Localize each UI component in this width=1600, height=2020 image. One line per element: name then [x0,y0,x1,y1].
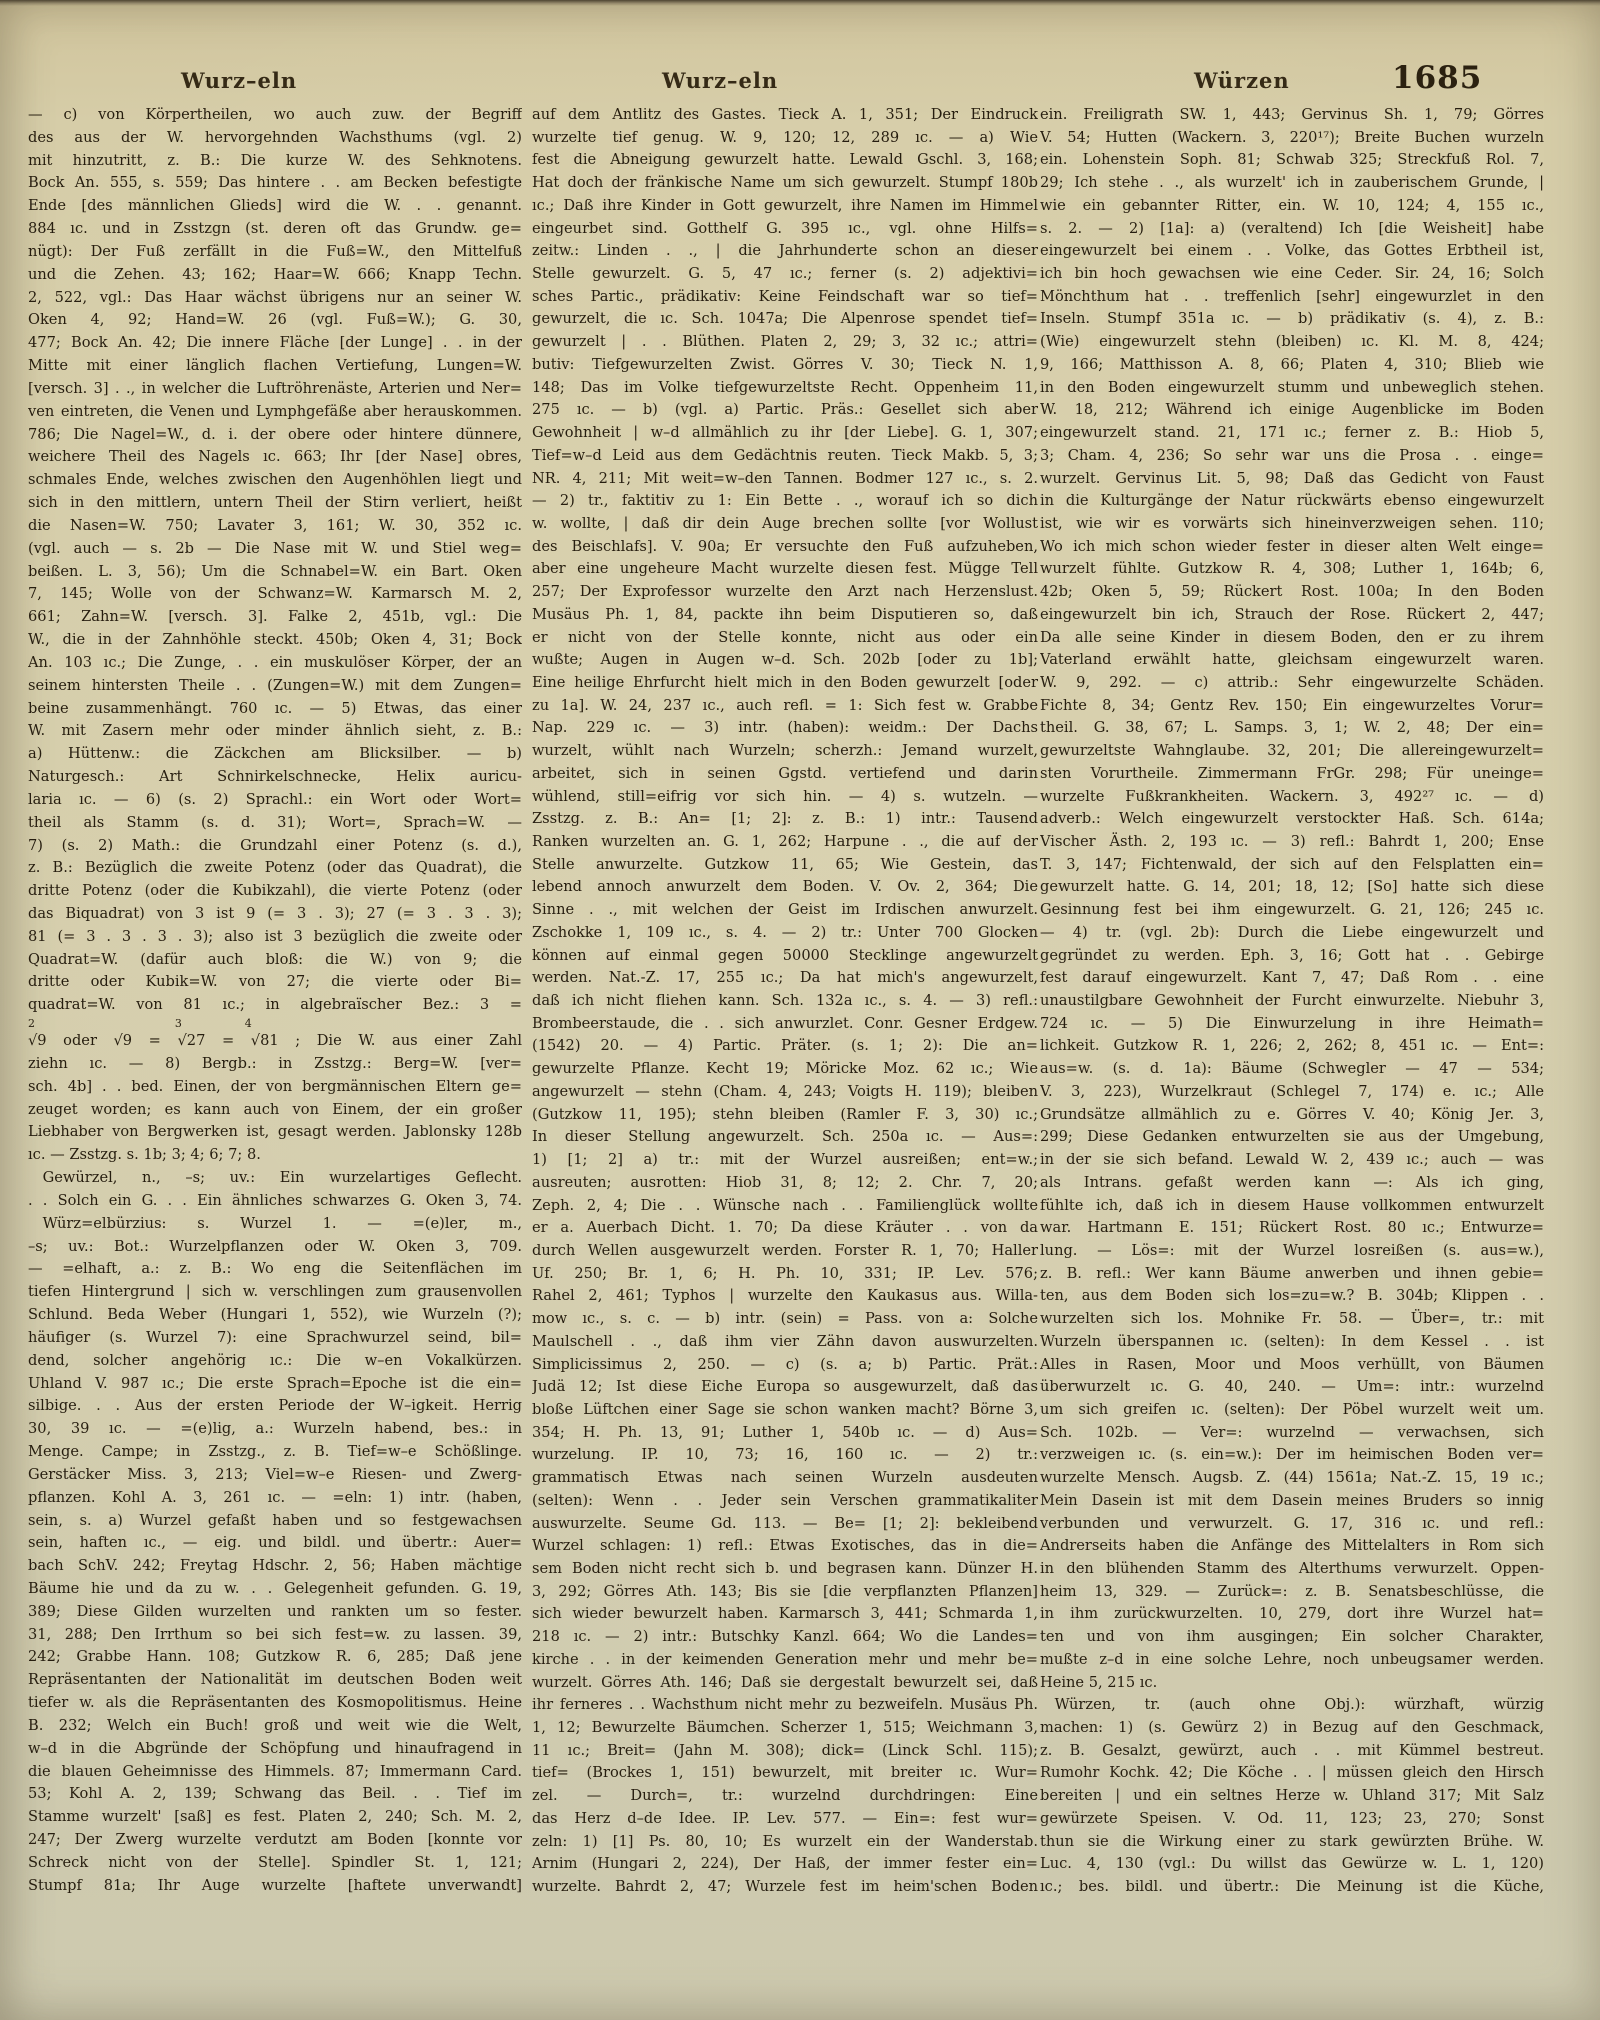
text-line: a) Hüttenw.: die Zäckchen am Blicksilber… [28,743,522,766]
text-line: schmales Ende, welches zwischen den Auge… [28,469,522,492]
running-head-right: Würzen [1194,68,1290,100]
text-line: Brombeerstaude, die . . sich anwurzlet. … [532,1013,1038,1036]
text-line: Ende [des männlichen Glieds] wird die W.… [28,195,522,218]
text-line: ich bin hoch gewachsen wie eine Ceder. S… [1040,263,1544,286]
text-line: gewürzete Speisen. V. Od. 11, 123; 23, 2… [1040,1808,1544,1831]
text-line: Gerstäcker Miss. 3, 213; Viel=w–e Riesen… [28,1464,522,1487]
text-line: das Biquadrat) von 3 ist 9 (= 3 . 3); 27… [28,903,522,926]
running-head-center: Wurz–eln [662,68,778,100]
text-column-middle: auf dem Antlitz des Gastes. Tieck A. 1, … [532,104,1038,1899]
text-line: mußte z–d in eine solche Lehre, noch unb… [1040,1649,1544,1672]
text-line: Repräsentanten der Nationalität im deuts… [28,1669,522,1692]
text-line: in ihm zurückwurzelten. 10, 279, dort ih… [1040,1603,1544,1626]
dictionary-scan-page: Wurz–eln Wurz–eln Würzen 1685 — c) von K… [0,0,1600,2020]
text-line: bach SchV. 242; Freytag Hdschr. 2, 56; H… [28,1555,522,1578]
text-line: 389; Diese Gilden wurzelten und rankten … [28,1601,522,1624]
text-line: Heine 5, 215 ıc. [1040,1672,1544,1695]
text-line: in den Boden eingewurzelt stumm und unbe… [1040,377,1544,400]
text-line: häufiger (s. Wurzel 7): eine Sprachwurze… [28,1327,522,1350]
text-line: gegründet zu werden. Eph. 3, 16; Gott ha… [1040,945,1544,968]
text-line: dritte oder Kubik=W. von 27; die vierte … [28,971,522,994]
text-line: 148; Das im Volke tiefgewurzeltste Recht… [532,377,1038,400]
text-line: 786; Die Nagel=W., d. i. der obere oder … [28,424,522,447]
text-line: In dieser Stellung angewurzelt. Sch. 250… [532,1126,1038,1149]
text-line: pflanzen. Kohl A. 3, 261 ıc. — =eln: 1) … [28,1487,522,1510]
text-line: Gewürzel, n., –s; uv.: Ein wurzelartiges… [28,1167,522,1190]
scan-edge-top [0,0,1600,6]
text-line: T. 3, 147; Fichtenwald, der sich auf den… [1040,854,1544,877]
text-line: eingewurzelt bei einem . . Volke, das Go… [1040,240,1544,263]
text-line: Naturgesch.: Art Schnirkelschnecke, Heli… [28,766,522,789]
text-line: ven eintreten, die Venen und Lymphgefäße… [28,401,522,424]
text-line: thun sie die Wirkung einer zu stark gewü… [1040,1831,1544,1854]
text-line: sten Vorurtheile. Zimmermann FrGr. 298; … [1040,763,1544,786]
text-line: zeuget worden; es kann auch von Einem, d… [28,1099,522,1122]
text-line: auswurzelte. Seume Gd. 113. — Be= [1; 2]… [532,1513,1038,1536]
text-line: 53; Kohl A. 2, 139; Schwang das Beil. . … [28,1783,522,1806]
text-line: sein, haften ıc., — eig. und bildl. und … [28,1532,522,1555]
text-line: Mitte mit einer länglich flachen Vertief… [28,355,522,378]
text-line: Nap. 229 ıc. — 3) intr. (haben): weidm.:… [532,717,1038,740]
text-column-right: ein. Freiligrath SW. 1, 443; Gervinus Sh… [1040,104,1544,1899]
text-line: gewurzelt, die ıc. Sch. 1047a; Die Alpen… [532,308,1038,331]
text-line: wurzelt. Gervinus Lit. 5, 98; Daß das Ge… [1040,468,1544,491]
text-line: Zeph. 2, 4; Die . . Wünsche nach . . Fam… [532,1195,1038,1218]
text-line: fest die Abneigung gewurzelt hatte. Lewa… [532,149,1038,172]
text-line: unaustilgbare Gewohnheit der Furcht einw… [1040,990,1544,1013]
text-line: wurzelte Mensch. Augsb. Z. (44) 1561a; N… [1040,1467,1544,1490]
text-line: 218 ıc. — 2) intr.: Butschky Kanzl. 664;… [532,1626,1038,1649]
text-column-left: — c) von Körpertheilen, wo auch zuw. der… [28,104,522,1898]
text-line: ein. Freiligrath SW. 1, 443; Gervinus Sh… [1040,104,1544,127]
text-line: wurzelt fühlte. Gutzkow R. 4, 308; Luthe… [1040,558,1544,581]
text-line: 257; Der Exprofessor wurzelte den Arzt n… [532,581,1038,604]
text-line: –s; uv.: Bot.: Wurzelpflanzen oder W. Ok… [28,1236,522,1259]
text-line: V. 54; Hutten (Wackern. 3, 220¹⁷); Breit… [1040,127,1544,150]
text-line: ist, wie wir es vorwärts sich hineinverz… [1040,513,1544,536]
text-line: wurzelte tief genug. W. 9, 120; 12, 289 … [532,127,1038,150]
text-line: (1542) 20. — 4) Partic. Präter. (s. 1; 2… [532,1035,1038,1058]
text-line: 247; Der Zwerg wurzelte verdutzt am Bode… [28,1829,522,1852]
text-line: NR. 4, 211; Mit weit=w–den Tannen. Bodme… [532,468,1038,491]
text-line: Schreck nicht von der Stelle]. Spindler … [28,1852,522,1875]
text-line: quadrat=W. von 81 ıc.; in algebraïscher … [28,994,522,1017]
text-line: Quadrat=W. (dafür auch bloß: die W.) von… [28,949,522,972]
text-line: auf dem Antlitz des Gastes. Tieck A. 1, … [532,104,1038,127]
text-line: gewurzelte Pflanze. Kecht 19; Möricke Mo… [532,1058,1038,1081]
text-line: Bock An. 555, s. 559; Das hintere . . am… [28,172,522,195]
text-line: können auf einmal gegen 50000 Stecklinge… [532,945,1038,968]
text-line: Rahel 2, 461; Typhos | wurzelte den Kauk… [532,1285,1038,1308]
text-line: seinem hintersten Theile . . (Zungen=W.)… [28,675,522,698]
text-line: Bäume hie und da zu w. . . Gelegenheit g… [28,1578,522,1601]
text-line: sches Partic., prädikativ: Keine Feindsc… [532,286,1038,309]
text-line: war. Hartmann E. 151; Rückert Rost. 80 ı… [1040,1217,1544,1240]
text-line: Fichte 8, 34; Gentz Rev. 150; Ein eingew… [1040,695,1544,718]
text-line: Stelle anwurzelte. Gutzkow 11, 65; Wie G… [532,854,1038,877]
text-line: überwurzelt ıc. G. 40, 240. — Um=: intr.… [1040,1376,1544,1399]
text-line: verbunden und verwurzelt. G. 17, 316 ıc.… [1040,1513,1544,1536]
text-line: arbeitet, sich in seinen Ggstd. vertiefe… [532,763,1038,786]
text-line: tiefen Hintergrund | sich w. verschlinge… [28,1281,522,1304]
text-line: sich in den mittlern, untern Theil der S… [28,492,522,515]
text-line: er a. Auerbach Dicht. 1. 70; Da diese Kr… [532,1217,1038,1240]
text-line: werden. Nat.-Z. 17, 255 ıc.; Da hat mich… [532,967,1038,990]
text-line: sich wieder bewurzelt haben. Karmarsch 3… [532,1603,1038,1626]
text-line: daß ich nicht fliehen kann. Sch. 132a ıc… [532,990,1038,1013]
text-line: W. 9, 292. — c) attrib.: Sehr eingewurze… [1040,672,1544,695]
text-line: Simplicissimus 2, 250. — c) (s. a; b) Pa… [532,1354,1038,1377]
text-line: und die Zehen. 43; 162; Haar=W. 666; Kna… [28,264,522,287]
text-line: silbige. . . Aus der ersten Periode der … [28,1395,522,1418]
text-line: das Herz d–de Idee. IP. Lev. 577. — Ein=… [532,1808,1038,1831]
text-line: 9, 166; Matthisson A. 8, 66; Platen 4, 3… [1040,354,1544,377]
text-line: Wo ich mich schon wieder fester in diese… [1040,536,1544,559]
text-line: bereiten | und ein seltnes Herze w. Uhla… [1040,1785,1544,1808]
text-line: er nicht von der Stelle konnte, nicht au… [532,627,1038,650]
text-line: ıc.; Daß ihre Kinder in Gott gewurzelt, … [532,195,1038,218]
text-line: Eine heilige Ehrfurcht hielt mich in den… [532,672,1038,695]
text-line: Gewohnheit | w–d allmählich zu ihr [der … [532,422,1038,445]
text-line: zel. — Durch=, tr.: wurzelnd durchdringe… [532,1785,1038,1808]
text-line: wurzelung. IP. 10, 73; 16, 160 ıc. — 2) … [532,1444,1038,1467]
text-line: Stamme wurzelt' [saß] es fest. Platen 2,… [28,1806,522,1829]
text-line: Würz=elbürzius: s. Wurzel 1. — =(e)ler, … [28,1213,522,1236]
text-line: Wurzel schlagen: 1) refl.: Etwas Exotisc… [532,1535,1038,1558]
text-line: nügt): Der Fuß zerfällt in die Fuß=W., d… [28,241,522,264]
text-line: 2 3 4 [28,1017,522,1030]
text-line: 3; Cham. 4, 236; So sehr war uns die Pro… [1040,445,1544,468]
text-line: — c) von Körpertheilen, wo auch zuw. der… [28,104,522,127]
text-line: Judä 12; Ist diese Eiche Europa so ausge… [532,1376,1038,1399]
text-line: Alles in Rasen, Moor und Moos verhüllt, … [1040,1354,1544,1377]
text-line: z. B. Gesalzt, gewürzt, auch . . mit Küm… [1040,1740,1544,1763]
text-line: wühlend, still=eifrig vor sich hin. — 4)… [532,786,1038,809]
text-line: mow ıc., s. c. — b) intr. (sein) = Pass.… [532,1308,1038,1331]
text-line: in den blühenden Stamm des Alterthums ve… [1040,1558,1544,1581]
text-line: adverb.: Welch eingewurzelt verstockter … [1040,808,1544,831]
text-line: heim 13, 329. — Zurück=: z. B. Senatsbes… [1040,1581,1544,1604]
text-line: sein, s. a) Wurzel gefaßt haben und so f… [28,1510,522,1533]
text-line: . . Solch ein G. . . Ein ähnliches schwa… [28,1190,522,1213]
text-line: Luc. 4, 130 (vgl.: Du willst das Gewürze… [1040,1853,1544,1876]
text-line: tiefer w. als die Repräsentanten des Kos… [28,1692,522,1715]
text-line: Sinne . ., mit welchen der Geist im Irdi… [532,899,1038,922]
text-line: ein. Lohenstein Soph. 81; Schwab 325; St… [1040,149,1544,172]
text-line: Menge. Campe; in Zsstzg., z. B. Tief=w–e… [28,1441,522,1464]
text-line: dritte Potenz (oder die Kubikzahl), die … [28,880,522,903]
text-line: Uhland V. 987 ıc.; Die erste Sprach=Epoc… [28,1373,522,1396]
text-line: Da alle seine Kinder in diesem Boden, de… [1040,627,1544,650]
text-line: lung. — Lös=: mit der Wurzel losreißen (… [1040,1240,1544,1263]
text-line: (Gutzkow 11, 195); stehn bleiben (Ramler… [532,1104,1038,1127]
text-line: ıc. — Zsstzg. s. 1b; 3; 4; 6; 7; 8. [28,1144,522,1167]
text-line: (Wie) eingewurzelt stehn (bleiben) ıc. K… [1040,331,1544,354]
text-line: weichere Theil des Nagels ıc. 663; Ihr [… [28,446,522,469]
text-line: zu 1a]. W. 24, 237 ıc., auch refl. = 1: … [532,695,1038,718]
text-line: verzweigen ıc. (s. ein=w.): Der im heimi… [1040,1444,1544,1467]
text-line: 477; Bock An. 42; Die innere Fläche [der… [28,332,522,355]
text-line: wie ein gebannter Ritter, ein. W. 10, 12… [1040,195,1544,218]
text-line: s. 2. — 2) [1a]: a) (veraltend) Ich [die… [1040,218,1544,241]
text-line: Liebhaber von Bergwerken ist, gesagt wer… [28,1121,522,1144]
text-line: ten, aus dem Boden sich los=zu=w.? B. 30… [1040,1285,1544,1308]
text-line: butiv: Tiefgewurzelten Zwist. Görres V. … [532,354,1038,377]
text-line: dend, solcher angehörig ıc.: Die w–en Vo… [28,1350,522,1373]
text-line: B. 232; Welch ein Buch! groß und weit wi… [28,1715,522,1738]
text-line: w–d in die Abgründe der Schöpfung und hi… [28,1738,522,1761]
text-line: beißen. L. 3, 56); Um die Schnabel=W. ei… [28,561,522,584]
text-line: ıc.; bes. bildl. und übertr.: Die Meinun… [1040,1876,1544,1899]
text-line: Gesinnung fest bei ihm eingewurzelt. G. … [1040,899,1544,922]
text-line: Arnim (Hungari 2, 224), Der Haß, der imm… [532,1853,1038,1876]
text-line: laria ıc. — 6) (s. 2) Sprachl.: ein Wort… [28,789,522,812]
text-line: tief= (Brockes 1, 151) bewurzelt, mit br… [532,1762,1038,1785]
text-line: Rumohr Kochk. 42; Die Köche . . | müssen… [1040,1762,1544,1785]
text-line: kirche . . in der keimenden Generation m… [532,1649,1038,1672]
text-line: ihr ferneres . . Wachsthum nicht mehr zu… [532,1694,1038,1717]
text-line: Zschokke 1, 109 ıc., s. 4. — 2) tr.: Unt… [532,922,1038,945]
text-line: Wurzeln überspannen ıc. (selten): In dem… [1040,1331,1544,1354]
text-line: Hat doch der fränkische Name um sich gew… [532,172,1038,195]
text-line: die Nasen=W. 750; Lavater 3, 161; W. 30,… [28,515,522,538]
text-line: des aus der W. hervorgehnden Wachsthums … [28,127,522,150]
text-line: 81 (= 3 . 3 . 3 . 3); also ist 3 bezügli… [28,926,522,949]
text-line: (vgl. auch — s. 2b — Die Nase mit W. und… [28,538,522,561]
text-line: 661; Zahn=W. [versch. 3]. Falke 2, 451b,… [28,606,522,629]
text-line: ziehn ıc. — 8) Bergb.: in Zsstzg.: Berg=… [28,1053,522,1076]
text-line: 42b; Oken 5, 59; Rückert Rost. 100a; In … [1040,581,1544,604]
text-line: zeln: 1) [1] Ps. 80, 10; Es wurzelt ein … [532,1831,1038,1854]
text-line: An. 103 ıc.; Die Zunge, . . ein muskulös… [28,652,522,675]
text-line: Musäus Ph. 1, 84, packte ihn beim Disput… [532,604,1038,627]
text-line: 1, 12; Bewurzelte Bäumchen. Scherzer 1, … [532,1717,1038,1740]
text-line: Vischer Ästh. 2, 193 ıc. — 3) refl.: Bah… [1040,831,1544,854]
text-line: 299; Diese Gedanken entwurzelten sie aus… [1040,1126,1544,1149]
text-line: 30, 39 ıc. — =(e)lig, a.: Wurzeln habend… [28,1418,522,1441]
text-line: ten und von ihm ausgingen; Ein solcher C… [1040,1626,1544,1649]
text-line: Ranken wurzelten an. G. 1, 262; Harpune … [532,831,1038,854]
text-line: (selten): Wenn . . Jeder sein Verschen g… [532,1490,1038,1513]
text-line: lebend annoch anwurzelt dem Boden. V. Ov… [532,876,1038,899]
text-line: z. B.: Bezüglich die zweite Potenz (oder… [28,857,522,880]
text-line: gewurzelt | . . Blüthen. Platen 2, 29; 3… [532,331,1038,354]
text-line: fest darauf eingewurzelt. Kant 7, 47; Da… [1040,967,1544,990]
text-line: grammatisch Etwas nach seinen Wurzeln au… [532,1467,1038,1490]
text-line: 354; H. Ph. 13, 91; Luther 1, 540b ıc. —… [532,1422,1038,1445]
text-line: wurzelte. Bahrdt 2, 47; Wurzele fest im … [532,1876,1038,1899]
text-line: in die Kulturgänge der Natur rückwärts e… [1040,490,1544,513]
text-line: Stelle gewurzelt. G. 5, 47 ıc.; ferner (… [532,263,1038,286]
text-line: sem Boden nicht recht sich b. und begras… [532,1558,1038,1581]
text-line: Mein Dasein ist mit dem Dasein meines Br… [1040,1490,1544,1513]
text-line: 3, 292; Görres Ath. 143; Bis sie [die ve… [532,1581,1038,1604]
text-line: Maulschell . ., daß ihm vier Zähn davon … [532,1331,1038,1354]
text-line: Vaterland erwählt hatte, gleichsam einge… [1040,649,1544,672]
text-line: Stumpf 81a; Ihr Auge wurzelte [haftete u… [28,1875,522,1898]
text-line: 2, 522, vgl.: Das Haar wächst übrigens n… [28,287,522,310]
text-line: beine zusammenhängt. 760 ıc. — 5) Etwas,… [28,698,522,721]
text-line: Sch. 102b. — Ver=: wurzelnd — verwachsen… [1040,1422,1544,1445]
text-line: 7) (s. 2) Math.: die Grundzahl einer Pot… [28,835,522,858]
text-line: in der sie sich befand. Lewald W. 2, 439… [1040,1149,1544,1172]
text-line: Andrerseits haben die Anfänge des Mittel… [1040,1535,1544,1558]
text-line: w. wollte, | daß dir dein Auge brechen s… [532,513,1038,536]
text-line: 1) [1; 2] a) tr.: mit der Wurzel ausreiß… [532,1149,1038,1172]
text-line: 31, 288; Den Irrthum so bei sich fest=w.… [28,1624,522,1647]
text-line: sch. 4b] . . bed. Einen, der von bergmän… [28,1076,522,1099]
text-line: als Intrans. gefaßt werden kann —: Als i… [1040,1172,1544,1195]
text-line: wußte; Augen in Augen w–d. Sch. 202b [od… [532,649,1038,672]
text-line: bloße Lüftchen einer Sage sie schon wank… [532,1399,1038,1422]
text-line: eingewurzelt bin ich, Strauch der Rose. … [1040,604,1544,627]
text-line: Tief=w–d Leid aus dem Gedächtnis reuten.… [532,445,1038,468]
text-line: fühlte ich, daß ich in diesem Hause voll… [1040,1195,1544,1218]
text-line: aus=w. (s. d. 1a): Bäume (Schwegler — 47… [1040,1058,1544,1081]
text-line: — =elhaft, a.: z. B.: Wo eng die Seitenf… [28,1258,522,1281]
text-line: angewurzelt — stehn (Cham. 4, 243; Voigt… [532,1081,1038,1104]
text-line: W., die in der Zahnhöhle steckt. 450b; O… [28,629,522,652]
text-line: wurzelt. Görres Ath. 146; Daß sie derges… [532,1672,1038,1695]
text-line: 11 ıc.; Breit= (Jahn M. 308); dick= (Lin… [532,1740,1038,1763]
text-line: um sich greifen ıc. (selten): Der Pöbel … [1040,1399,1544,1422]
page-number: 1685 [1392,60,1482,96]
text-line: W. 18, 212; Während ich einige Augenblic… [1040,399,1544,422]
text-line: Zsstzg. z. B.: An= [1; 2]: z. B.: 1) int… [532,808,1038,831]
text-line: — 2) tr., faktitiv zu 1: Ein Bette . ., … [532,490,1038,513]
text-line: die blauen Geheimnisse des Himmels. 87; … [28,1761,522,1784]
text-line: Mönchthum hat . . treffenlich [sehr] ein… [1040,286,1544,309]
text-line: gewurzeltste Wahnglaube. 32, 201; Die al… [1040,740,1544,763]
text-line: wurzelt, wühlt nach Wurzeln; scherzh.: J… [532,740,1038,763]
text-line: W. mit Zasern mehr oder minder ähnlich s… [28,720,522,743]
text-line: z. B. refl.: Wer kann Bäume anwerben und… [1040,1263,1544,1286]
text-line: √9 oder √9 = √27 = √81 ; Die W. aus eine… [28,1030,522,1053]
text-line: theil. G. 38, 67; L. Samps. 3, 1; W. 2, … [1040,717,1544,740]
text-line: 7, 145; Wolle von der Schwanz=W. Karmars… [28,583,522,606]
text-line: wurzelte Fußkrankheiten. Wackern. 3, 492… [1040,786,1544,809]
text-line: des Beischlafs]. V. 90a; Er versuchte de… [532,536,1038,559]
text-line: Inseln. Stumpf 351a ıc. — b) prädikativ … [1040,308,1544,331]
text-line: ausreuten; ausrotten: Hiob 31, 8; 12; 2.… [532,1172,1038,1195]
text-line: [versch. 3] . ., in welcher die Luftröhr… [28,378,522,401]
text-line: theil als Stamm (s. d. 31); Wort=, Sprac… [28,812,522,835]
text-line: 275 ıc. — b) (vgl. a) Partic. Präs.: Ges… [532,399,1038,422]
text-line: mit hinzutritt, z. B.: Die kurze W. des … [28,150,522,173]
text-line: 242; Grabbe Hann. 108; Gutzkow R. 6, 285… [28,1646,522,1669]
text-line: Oken 4, 92; Hand=W. 26 (vgl. Fuß=W.); G.… [28,309,522,332]
text-line: wurzelten sich los. Mohnike Fr. 58. — Üb… [1040,1308,1544,1331]
text-line: zeitw.: Linden . ., | die Jahrhunderte s… [532,240,1038,263]
text-line: gewurzelt hatte. G. 14, 201; 18, 12; [So… [1040,876,1544,899]
text-line: Uf. 250; Br. 1, 6; H. Ph. 10, 331; IP. L… [532,1263,1038,1286]
text-line: — 4) tr. (vgl. 2b): Durch die Liebe eing… [1040,922,1544,945]
text-line: 29; Ich stehe . ., als wurzelt' ich in z… [1040,172,1544,195]
text-line: Würzen, tr. (auch ohne Obj.): würzhaft, … [1040,1694,1544,1717]
text-line: aber eine ungeheure Macht wurzelte diese… [532,558,1038,581]
text-line: machen: 1) (s. Gewürz 2) in Bezug auf de… [1040,1717,1544,1740]
text-line: lichkeit. Gutzkow R. 1, 226; 2, 262; 8, … [1040,1035,1544,1058]
text-line: eingewurzelt stand. 21, 171 ıc.; ferner … [1040,422,1544,445]
text-line: durch Wellen ausgewurzelt werden. Forste… [532,1240,1038,1263]
text-line: V. 3, 223), Wurzelkraut (Schlegel 7, 174… [1040,1081,1544,1104]
text-line: eingeurbet sind. Gotthelf G. 395 ıc., vg… [532,218,1038,241]
text-line: Grundsätze allmählich zu e. Görres V. 40… [1040,1104,1544,1127]
text-line: 724 ıc. — 5) Die Einwurzelung in ihre He… [1040,1013,1544,1036]
text-line: 884 ıc. und in Zsstzgn (st. deren oft da… [28,218,522,241]
text-line: Schlund. Beda Weber (Hungari 1, 552), wi… [28,1304,522,1327]
running-head-left: Wurz–eln [181,68,297,100]
